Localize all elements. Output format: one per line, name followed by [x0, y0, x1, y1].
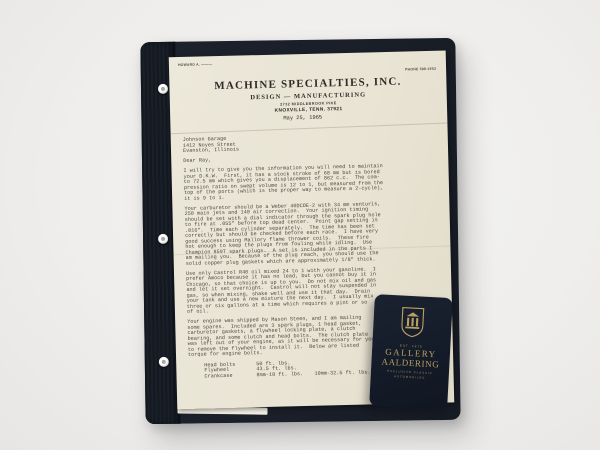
- rivet-icon: [159, 357, 169, 367]
- rivet-core: [161, 237, 165, 241]
- rivet-icon: [158, 84, 168, 94]
- torque-extra: 10mm-32.5 ft. lbs.: [314, 370, 370, 377]
- rivet-core: [162, 360, 166, 364]
- paragraph-2: Your carburetor should be a Weber 40DCOE…: [184, 200, 433, 267]
- photo-scene: HOWARD A. ——— PHONE 588-1953 MACHINE SPE…: [0, 0, 600, 450]
- rivet-icon: [158, 234, 168, 244]
- torque-item: Crankcase: [204, 373, 256, 380]
- paragraph-1: I will try to give you the information y…: [183, 163, 432, 202]
- gallery-tag: EST. 1975 GALLERY AALDERING EXCLUSIVE CL…: [369, 294, 453, 410]
- tag-crest-icon: [398, 305, 428, 338]
- recipient-address: Johnson Garage 1412 Noyes Street Evansto…: [183, 132, 431, 155]
- letterhead-corner-name: HOWARD A. ———: [178, 62, 212, 67]
- torque-value: 8mm-18 ft. lbs.: [256, 371, 314, 378]
- salutation: Dear Ray,: [183, 153, 431, 165]
- letterhead-phone: PHONE 588-1953: [405, 67, 436, 72]
- rivet-core: [161, 87, 165, 91]
